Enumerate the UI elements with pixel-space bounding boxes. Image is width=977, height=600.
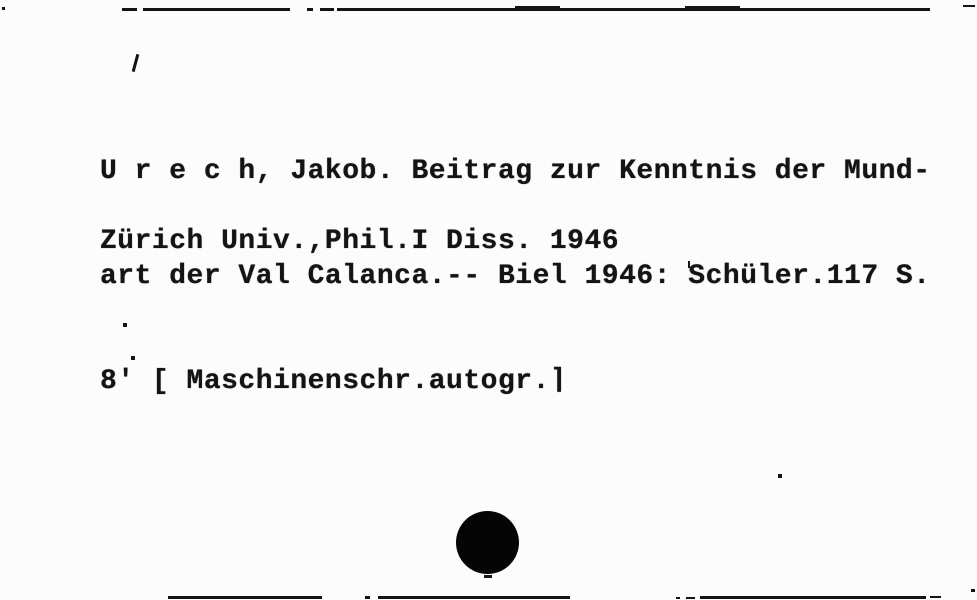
ruled-line-top-segment — [143, 8, 290, 11]
ruled-line-top-thick-segment — [685, 6, 740, 11]
ink-speck — [743, 278, 746, 281]
ruled-line-bottom-segment — [378, 596, 570, 599]
ruled-line-bottom-dash — [930, 596, 941, 598]
ruled-line-top-thick-segment — [515, 6, 560, 11]
ruled-line-bottom-segment — [700, 596, 926, 599]
pen-slash-mark — [132, 54, 140, 72]
ink-speck — [131, 356, 135, 360]
ruled-line-top-dot — [307, 8, 313, 11]
ruled-line-top-segment — [122, 8, 137, 11]
ink-speck — [778, 474, 782, 478]
ruled-line-top-end-mark — [963, 5, 975, 7]
ruled-line-bottom-segment — [168, 596, 322, 599]
ruled-line-top-segment — [337, 8, 930, 11]
ink-speck — [2, 7, 5, 10]
ruled-line-bottom-dot — [365, 596, 370, 599]
ink-speck — [971, 589, 975, 592]
ink-speck — [123, 323, 127, 327]
catalog-card: U r e c h, Jakob. Beitrag zur Kenntnis d… — [0, 0, 977, 600]
ruled-line-bottom-dot — [676, 597, 680, 599]
catalog-entry-text: U r e c h, Jakob. Beitrag zur Kenntnis d… — [100, 84, 931, 469]
catalog-entry-line3: 8' [ Maschinenschr.autogr.⌉ — [100, 364, 931, 399]
punch-hole-dot — [456, 511, 519, 574]
catalog-entry-line1: U r e c h, Jakob. Beitrag zur Kenntnis d… — [100, 154, 931, 189]
ruled-line-bottom-dash — [686, 597, 695, 599]
ruled-line-top-segment — [320, 8, 334, 11]
ruled-line-bottom-tick — [484, 575, 492, 578]
ink-speck — [688, 261, 690, 268]
catalog-entry-line2: art der Val Calanca.-- Biel 1946: Schüle… — [100, 259, 931, 294]
dissertation-note-text: Zürich Univ.,Phil.I Diss. 1946 — [100, 224, 619, 259]
